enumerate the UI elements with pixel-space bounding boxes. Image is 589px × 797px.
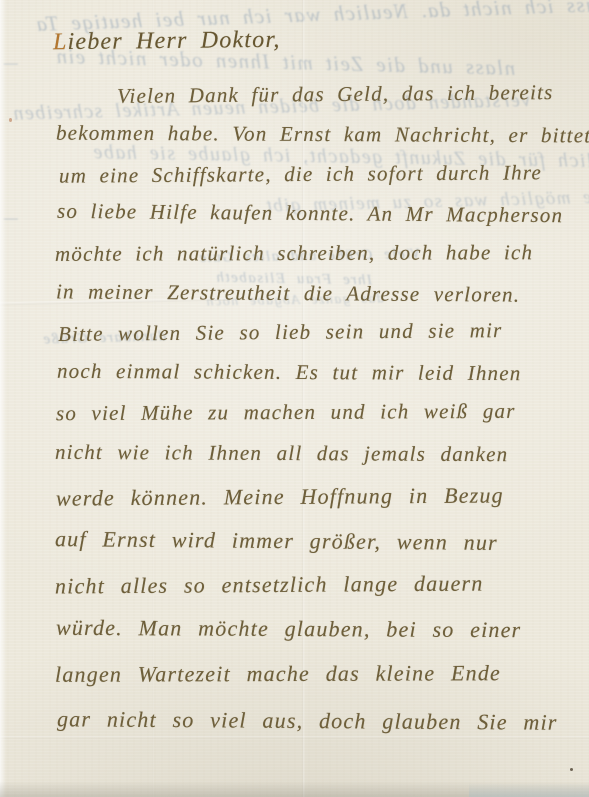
scan-edge-left xyxy=(0,0,6,797)
letter-line: Vielen Dank für das Geld, das ich bereit… xyxy=(117,80,554,109)
letter-line: noch einmal schicken. Es tut mir leid Ih… xyxy=(57,359,522,386)
letter-line: gar nicht so viel aus, doch glauben Sie … xyxy=(57,706,558,735)
paper-speck xyxy=(570,768,573,771)
letter-line: so viel Mühe zu machen und ich weiß gar xyxy=(56,399,516,426)
letter-page: dass ich nicht da. Neulich war ich nur b… xyxy=(0,0,589,797)
letter-line: um eine Schiffskarte, die ich sofort dur… xyxy=(59,160,542,188)
letter-line: so liebe Hilfe kaufen konnte. An Mr Macp… xyxy=(57,199,563,228)
letter-body: Lieber Herr Doktor, Vielen Dank für das … xyxy=(0,0,589,797)
letter-line: werde können. Meine Hoffnung in Bezug xyxy=(56,482,504,511)
scan-edge-bottom-right xyxy=(469,783,589,797)
letter-line: langen Wartezeit mache das kleine Ende xyxy=(55,660,501,688)
paper-speck xyxy=(9,118,12,122)
letter-line: möchte ich natürlich schreiben, doch hab… xyxy=(55,240,533,267)
letter-line: bekommen habe. Von Ernst kam Nachricht, … xyxy=(56,121,589,149)
letter-line: würde. Man möchte glauben, bei so einer xyxy=(56,615,521,643)
salutation: Lieber Herr Doktor, xyxy=(53,27,281,56)
letter-line: nicht wie ich Ihnen all das jemals danke… xyxy=(55,440,509,467)
letter-line: auf Ernst wird immer größer, wenn nur xyxy=(55,526,498,556)
letter-line: in meiner Zerstreutheit die Adresse verl… xyxy=(56,279,520,307)
letter-line: Bitte wollen Sie so lieb sein und sie mi… xyxy=(58,318,503,347)
letter-line: nicht alles so entsetzlich lange dauern xyxy=(55,571,484,600)
